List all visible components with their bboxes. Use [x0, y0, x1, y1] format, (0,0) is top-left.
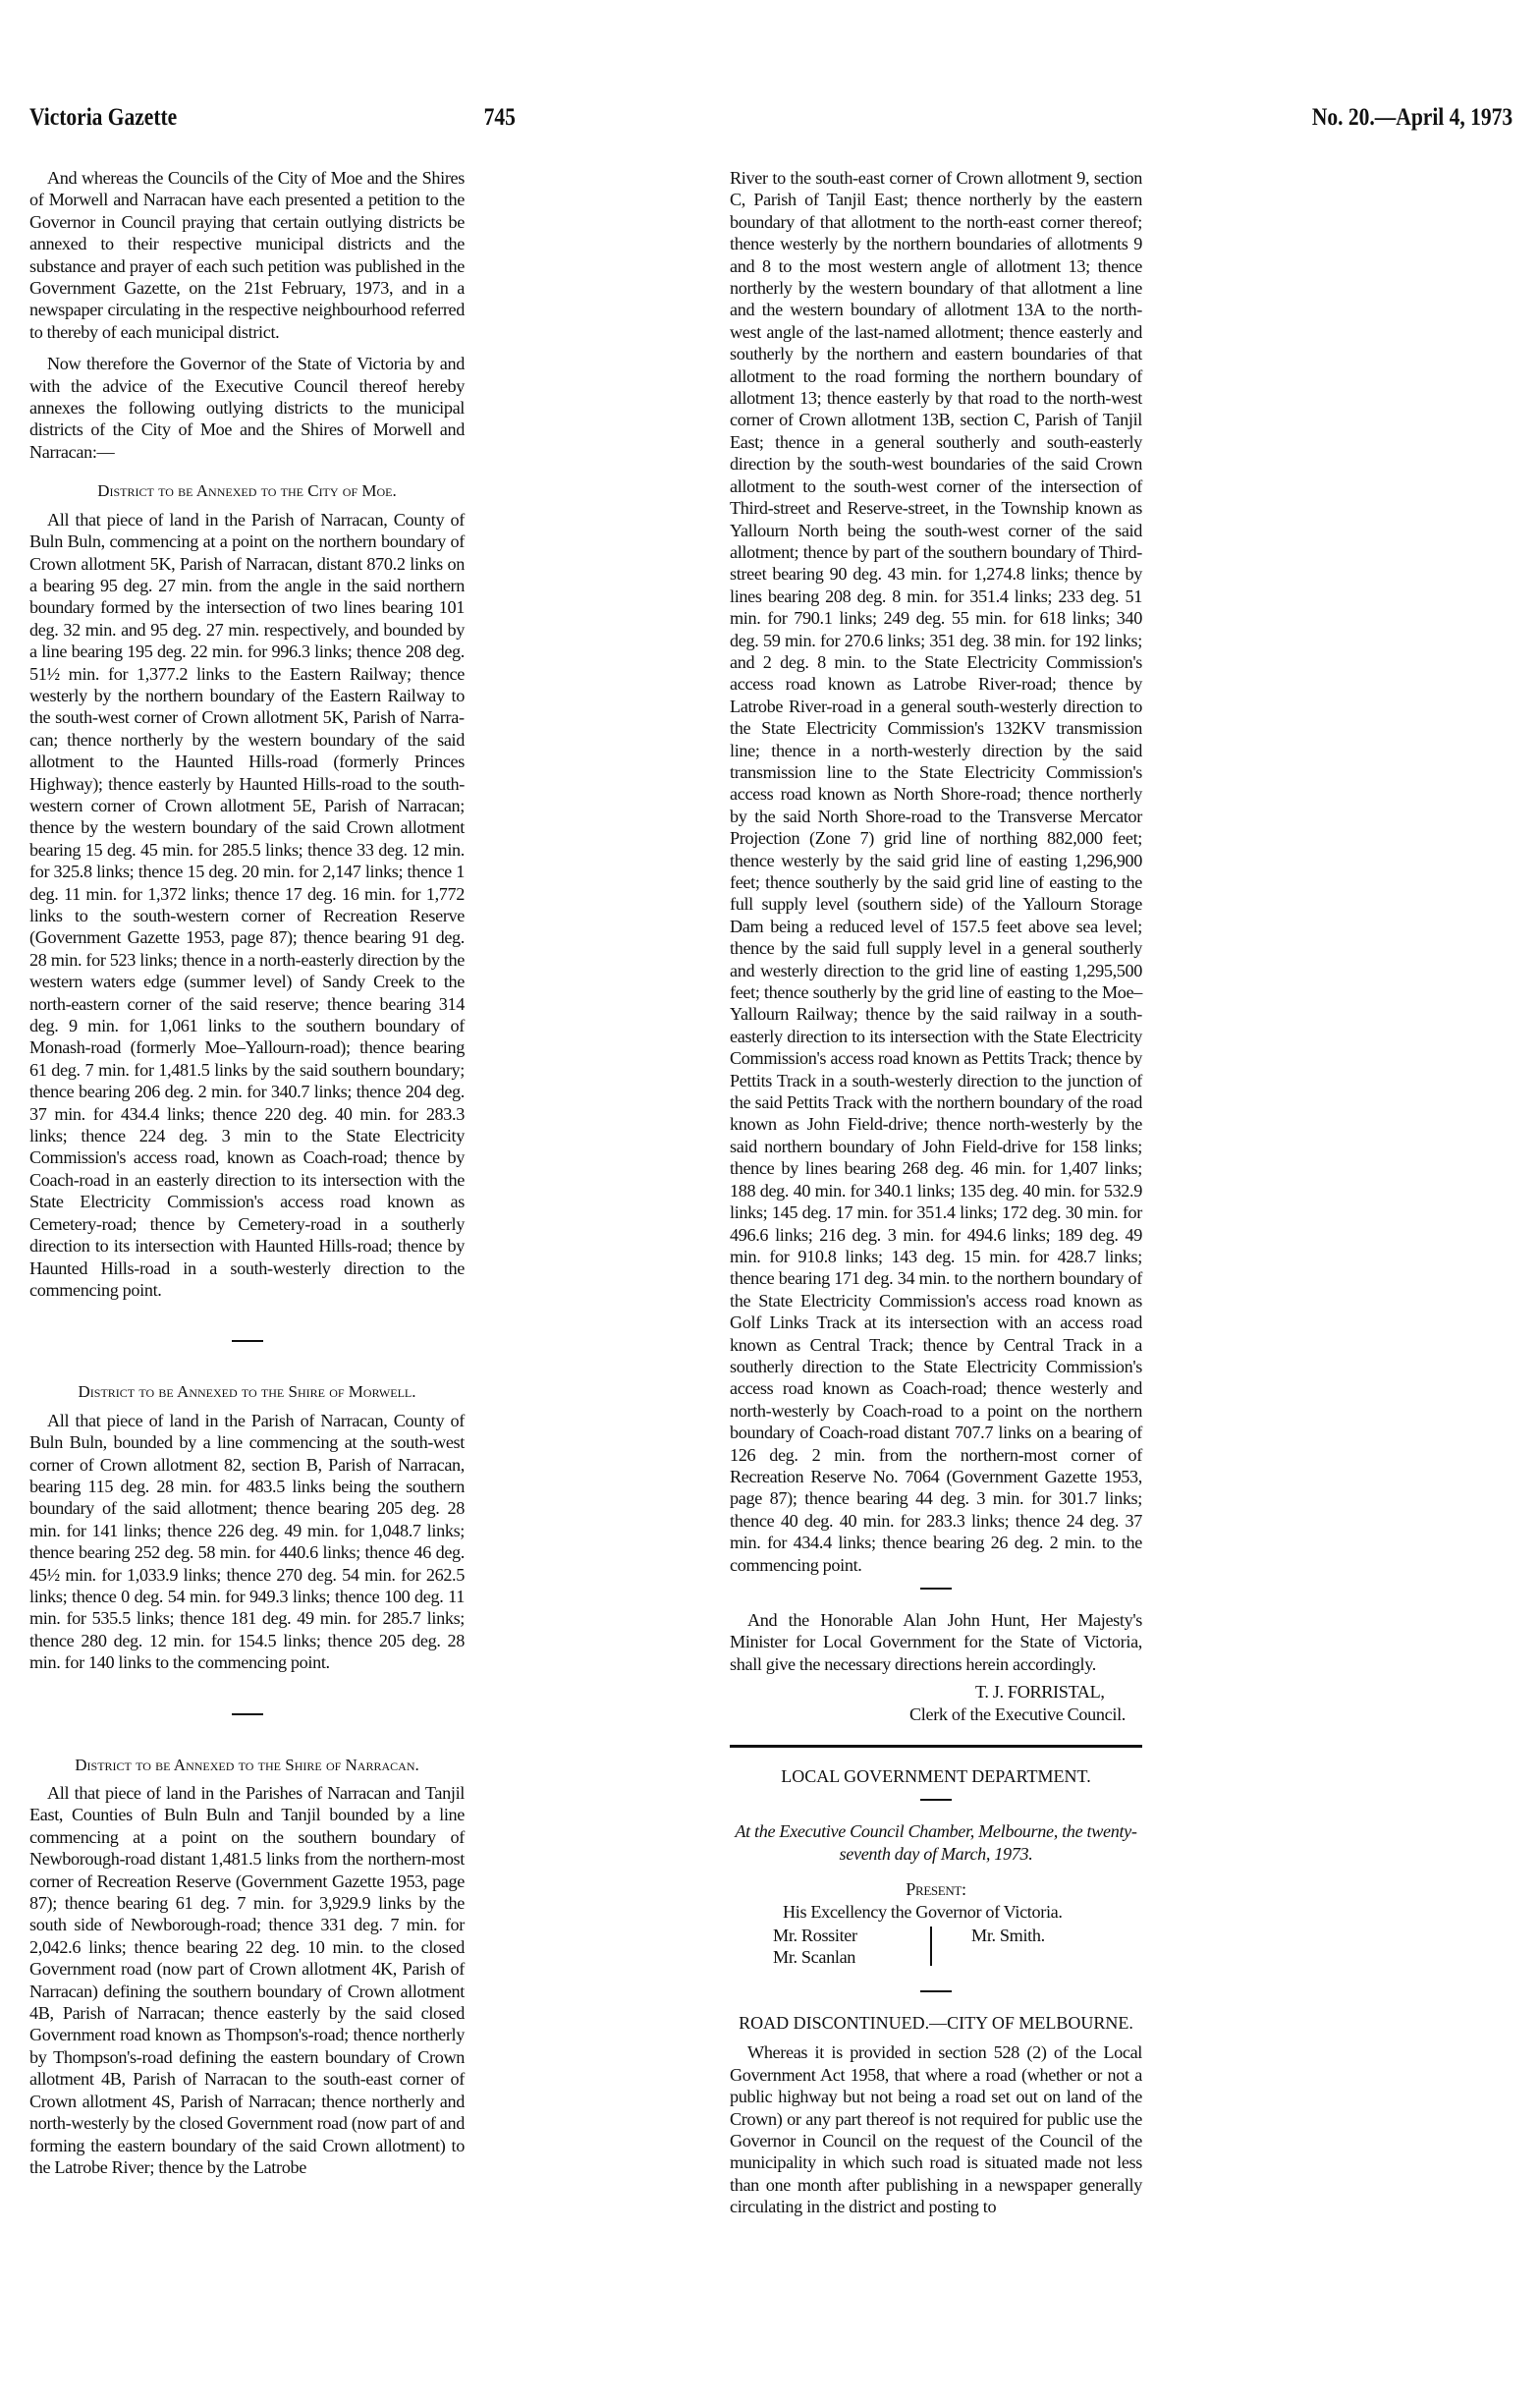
department-heading: LOCAL GOVERNMENT DEPARTMENT.	[730, 1765, 1142, 1787]
notice-divider	[730, 1745, 1142, 1748]
present-governor: His Excellency the Governor of Victoria.	[730, 1901, 1142, 1923]
member-name: Mr. Smith.	[971, 1925, 1045, 1946]
left-column: And whereas the Councils of the City of …	[29, 167, 465, 2178]
signature-block: T. J. FORRISTAL, Clerk of the Executive …	[730, 1681, 1142, 1725]
minister-paragraph: And the Honorable Alan John Hunt, Her Ma…	[730, 1609, 1142, 1675]
section-divider	[232, 1713, 263, 1715]
heading-city-of-moe: District to be Annexed to the City of Mo…	[29, 480, 465, 502]
narracan-description: All that piece of land in the Parishes o…	[29, 1782, 465, 2178]
member-name: Mr. Scanlan	[773, 1946, 930, 1968]
page-header: Victoria Gazette 745 No. 20.—April 4, 19…	[29, 104, 1305, 143]
right-column: River to the south-east corner of Crown …	[730, 167, 1142, 2218]
members-present: Mr. Rossiter Mr. Scanlan Mr. Smith.	[730, 1925, 1142, 1969]
intro-paragraph: And whereas the Councils of the City of …	[29, 167, 465, 343]
narracan-description-continued: River to the south-east corner of Crown …	[730, 167, 1142, 1576]
section-divider	[920, 1799, 952, 1801]
section-divider	[920, 1990, 952, 1992]
heading-shire-of-morwell: District to be Annexed to the Shire of M…	[29, 1381, 465, 1403]
present-label: Present:	[730, 1878, 1142, 1900]
page-number: 745	[484, 104, 516, 132]
moe-description: All that piece of land in the Parish of …	[29, 509, 465, 1302]
publication-title: Victoria Gazette	[29, 104, 177, 132]
annex-paragraph: Now therefore the Governor of the State …	[29, 353, 465, 463]
members-divider	[930, 1927, 932, 1966]
section-divider	[232, 1340, 263, 1342]
road-discontinued-heading: ROAD DISCONTINUED.—CITY OF MELBOURNE.	[730, 2012, 1142, 2034]
signatory-name: T. J. FORRISTAL,	[730, 1681, 1142, 1703]
member-name: Mr. Rossiter	[773, 1925, 930, 1946]
signatory-role: Clerk of the Executive Council.	[730, 1704, 1142, 1725]
gazette-page: Victoria Gazette 745 No. 20.—April 4, 19…	[0, 0, 1540, 2402]
issue-date: No. 20.—April 4, 1973	[1312, 104, 1512, 132]
morwell-description: All that piece of land in the Parish of …	[29, 1410, 465, 1674]
section-divider	[920, 1588, 952, 1590]
chamber-line: At the Executive Council Chamber, Melbou…	[730, 1820, 1142, 1865]
road-discontinued-text: Whereas it is provided in section 528 (2…	[730, 2041, 1142, 2217]
heading-shire-of-narracan: District to be Annexed to the Shire of N…	[29, 1755, 465, 1776]
